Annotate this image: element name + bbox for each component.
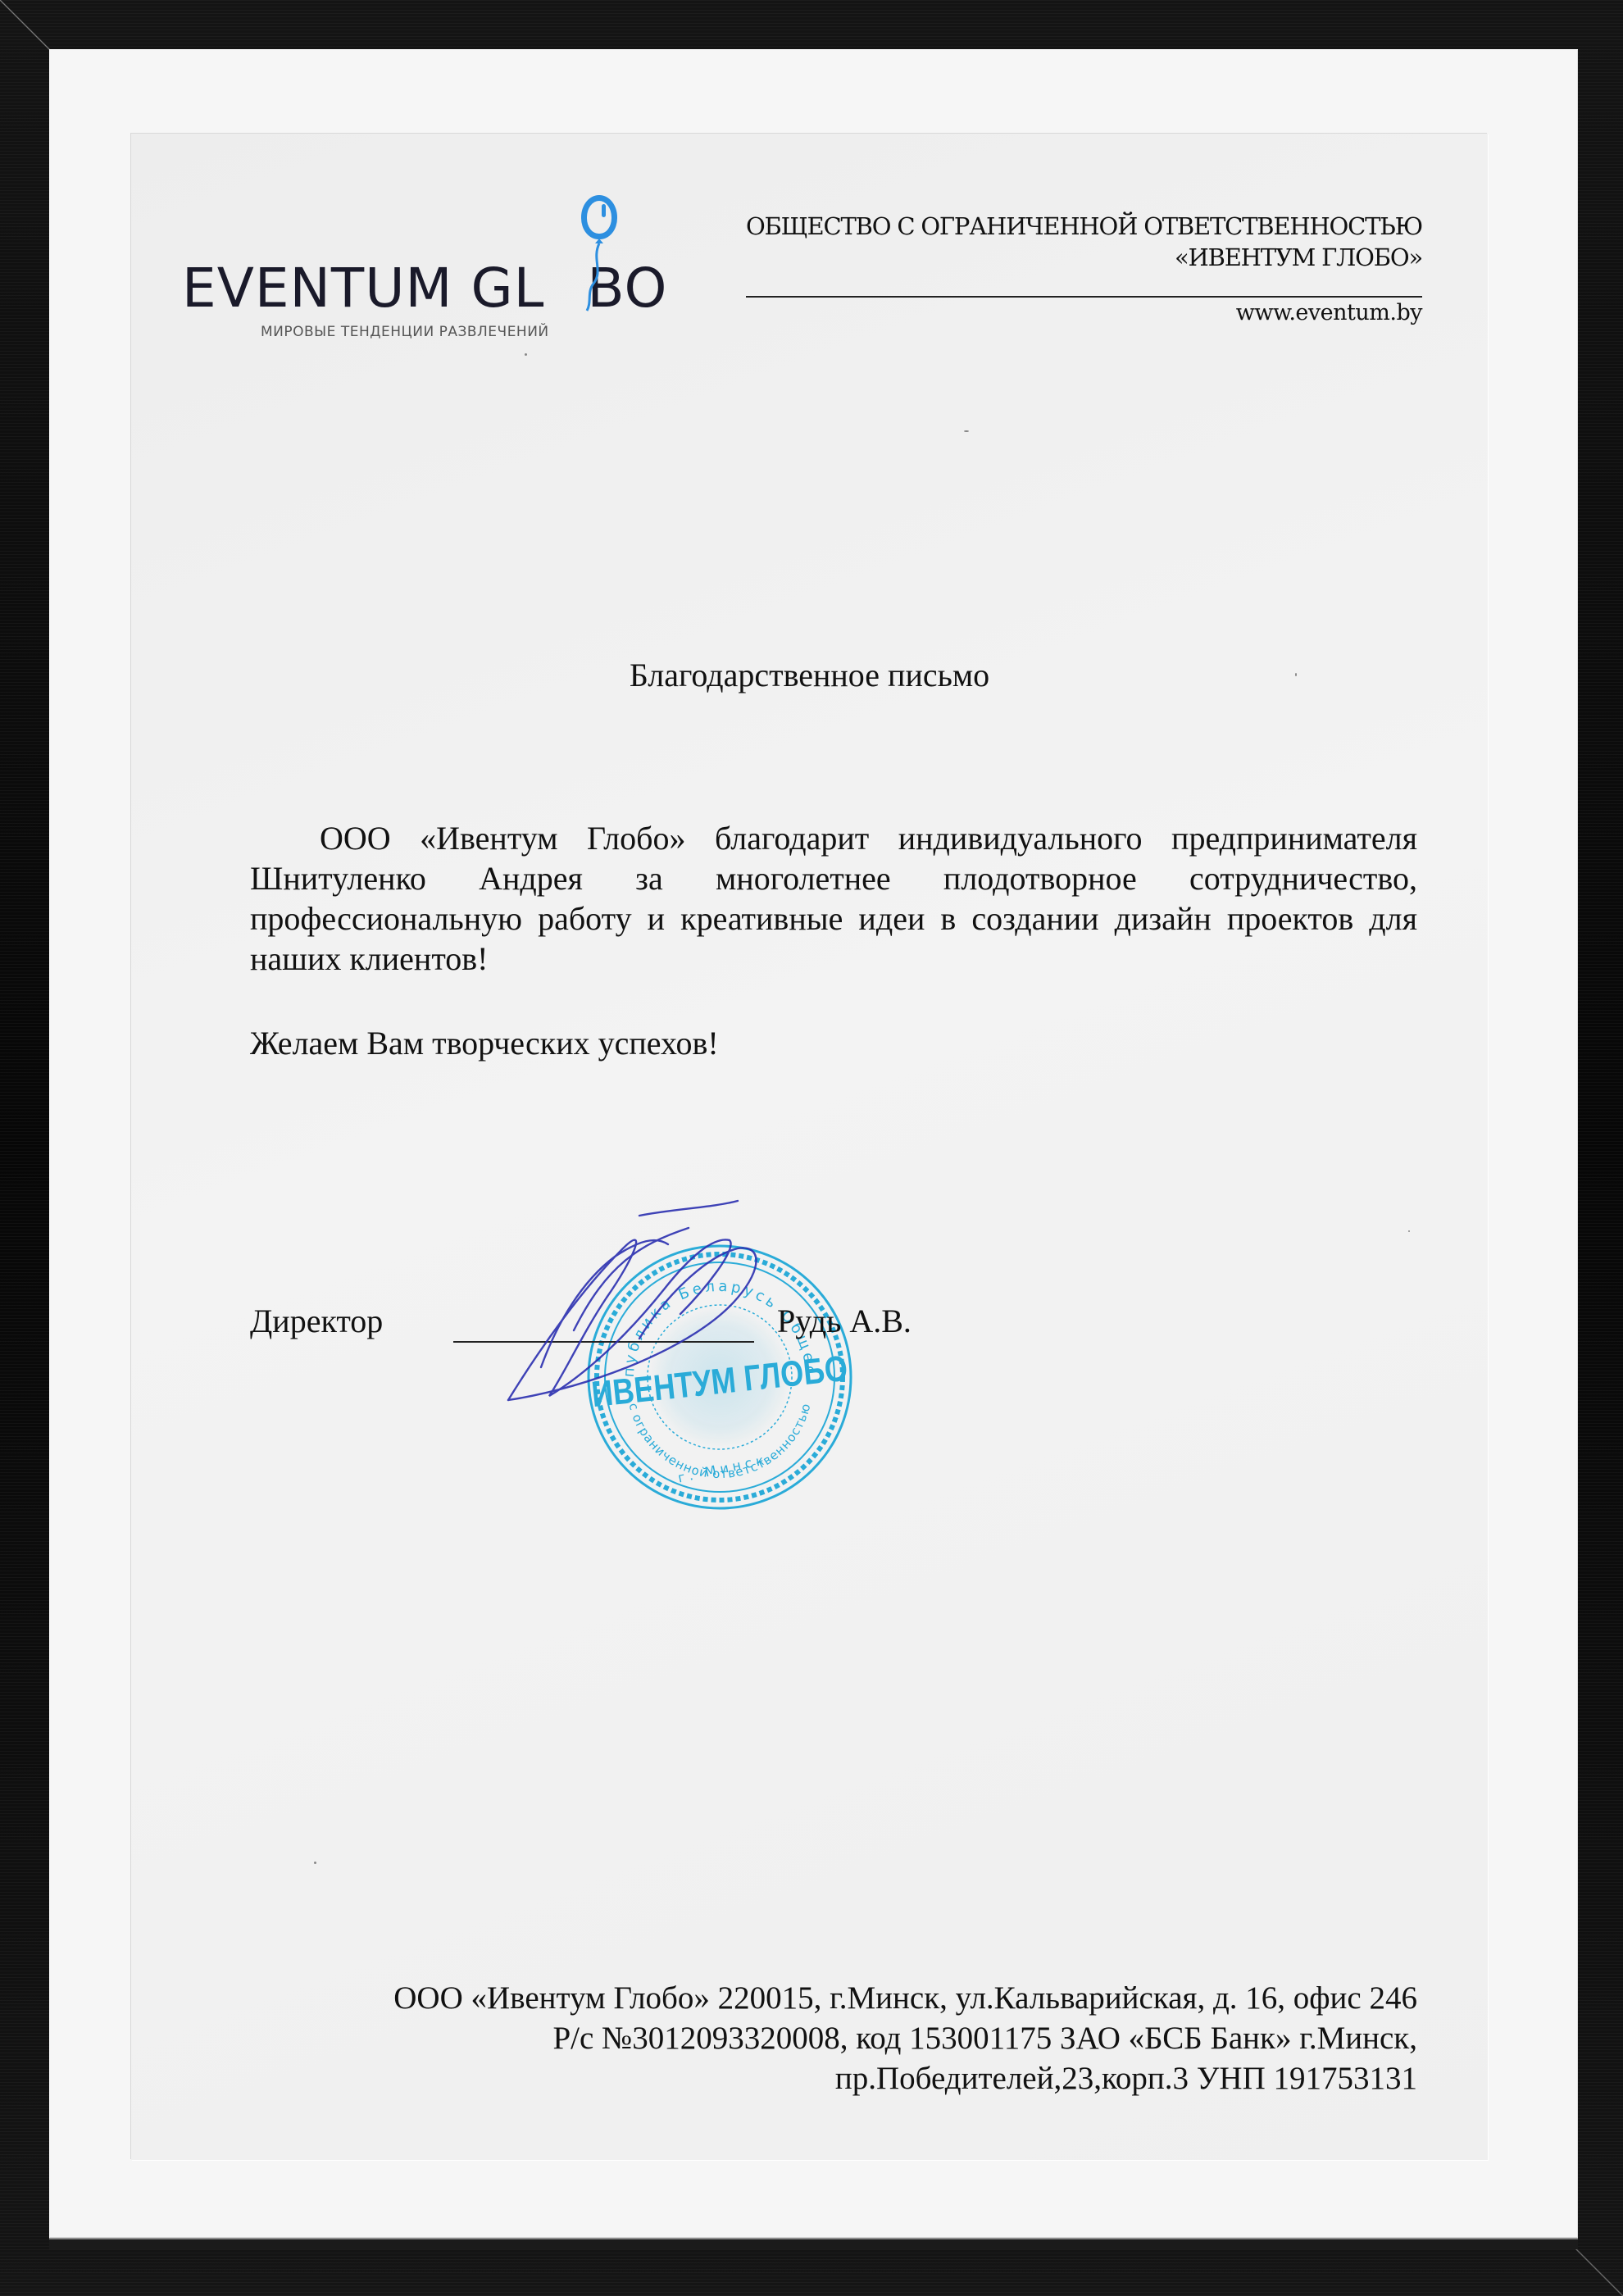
balloon-icon: [581, 195, 617, 239]
org-legal-form: ОБЩЕСТВО С ОГРАНИЧЕННОЙ ОТВЕТСТВЕННОСТЬЮ: [746, 211, 1422, 242]
signatory-role: Директор: [250, 1302, 383, 1341]
letter-wish: Желаем Вам творческих успехов!: [250, 1023, 719, 1063]
footer-address: ООО «Ивентум Глобо» 220015, г.Минск, ул.…: [393, 1978, 1417, 2018]
org-name: «ИВЕНТУМ ГЛОБО»: [746, 242, 1422, 273]
footer-bank-address-unp: пр.Победителей,23,корп.3 УНП 191753131: [393, 2058, 1417, 2098]
scan-speck: [964, 430, 969, 432]
company-logo: EVENTUM GLBO МИРОВЫЕ ТЕНДЕНЦИИ РАЗВЛЕЧЕН…: [182, 191, 674, 355]
company-requisites-footer: ООО «Ивентум Глобо» 220015, г.Минск, ул.…: [393, 1978, 1417, 2098]
logo-tagline: МИРОВЫЕ ТЕНДЕНЦИИ РАЗВЛЕЧЕНИЙ: [261, 324, 549, 340]
handwritten-signature: [492, 1199, 836, 1412]
scan-speck: [525, 353, 527, 356]
scan-speck: [314, 1862, 316, 1864]
letter-body: ООО «Ивентум Глобо» благодарит индивидуа…: [250, 818, 1417, 979]
letter-paragraph: ООО «Ивентум Глобо» благодарит индивидуа…: [250, 818, 1417, 979]
logo-wordmark-left: EVENTUM GL: [182, 257, 544, 320]
scan-speck: [1408, 1230, 1410, 1232]
letter-paper: EVENTUM GLBO МИРОВЫЕ ТЕНДЕНЦИИ РАЗВЛЕЧЕН…: [131, 134, 1488, 2160]
balloon-string-icon: [567, 239, 616, 312]
frame-inner-lip: [49, 2238, 1578, 2249]
scan-speck: [1295, 673, 1297, 676]
header-divider: [746, 296, 1422, 298]
balloon-highlight: [602, 204, 606, 217]
letter-title: Благодарственное письмо: [131, 656, 1488, 695]
website-link[interactable]: www.eventum.by: [1236, 300, 1422, 325]
footer-bank-account: Р/с №3012093320008, код 153001175 ЗАО «Б…: [393, 2018, 1417, 2058]
organization-header: ОБЩЕСТВО С ОГРАНИЧЕННОЙ ОТВЕТСТВЕННОСТЬЮ…: [746, 211, 1422, 273]
